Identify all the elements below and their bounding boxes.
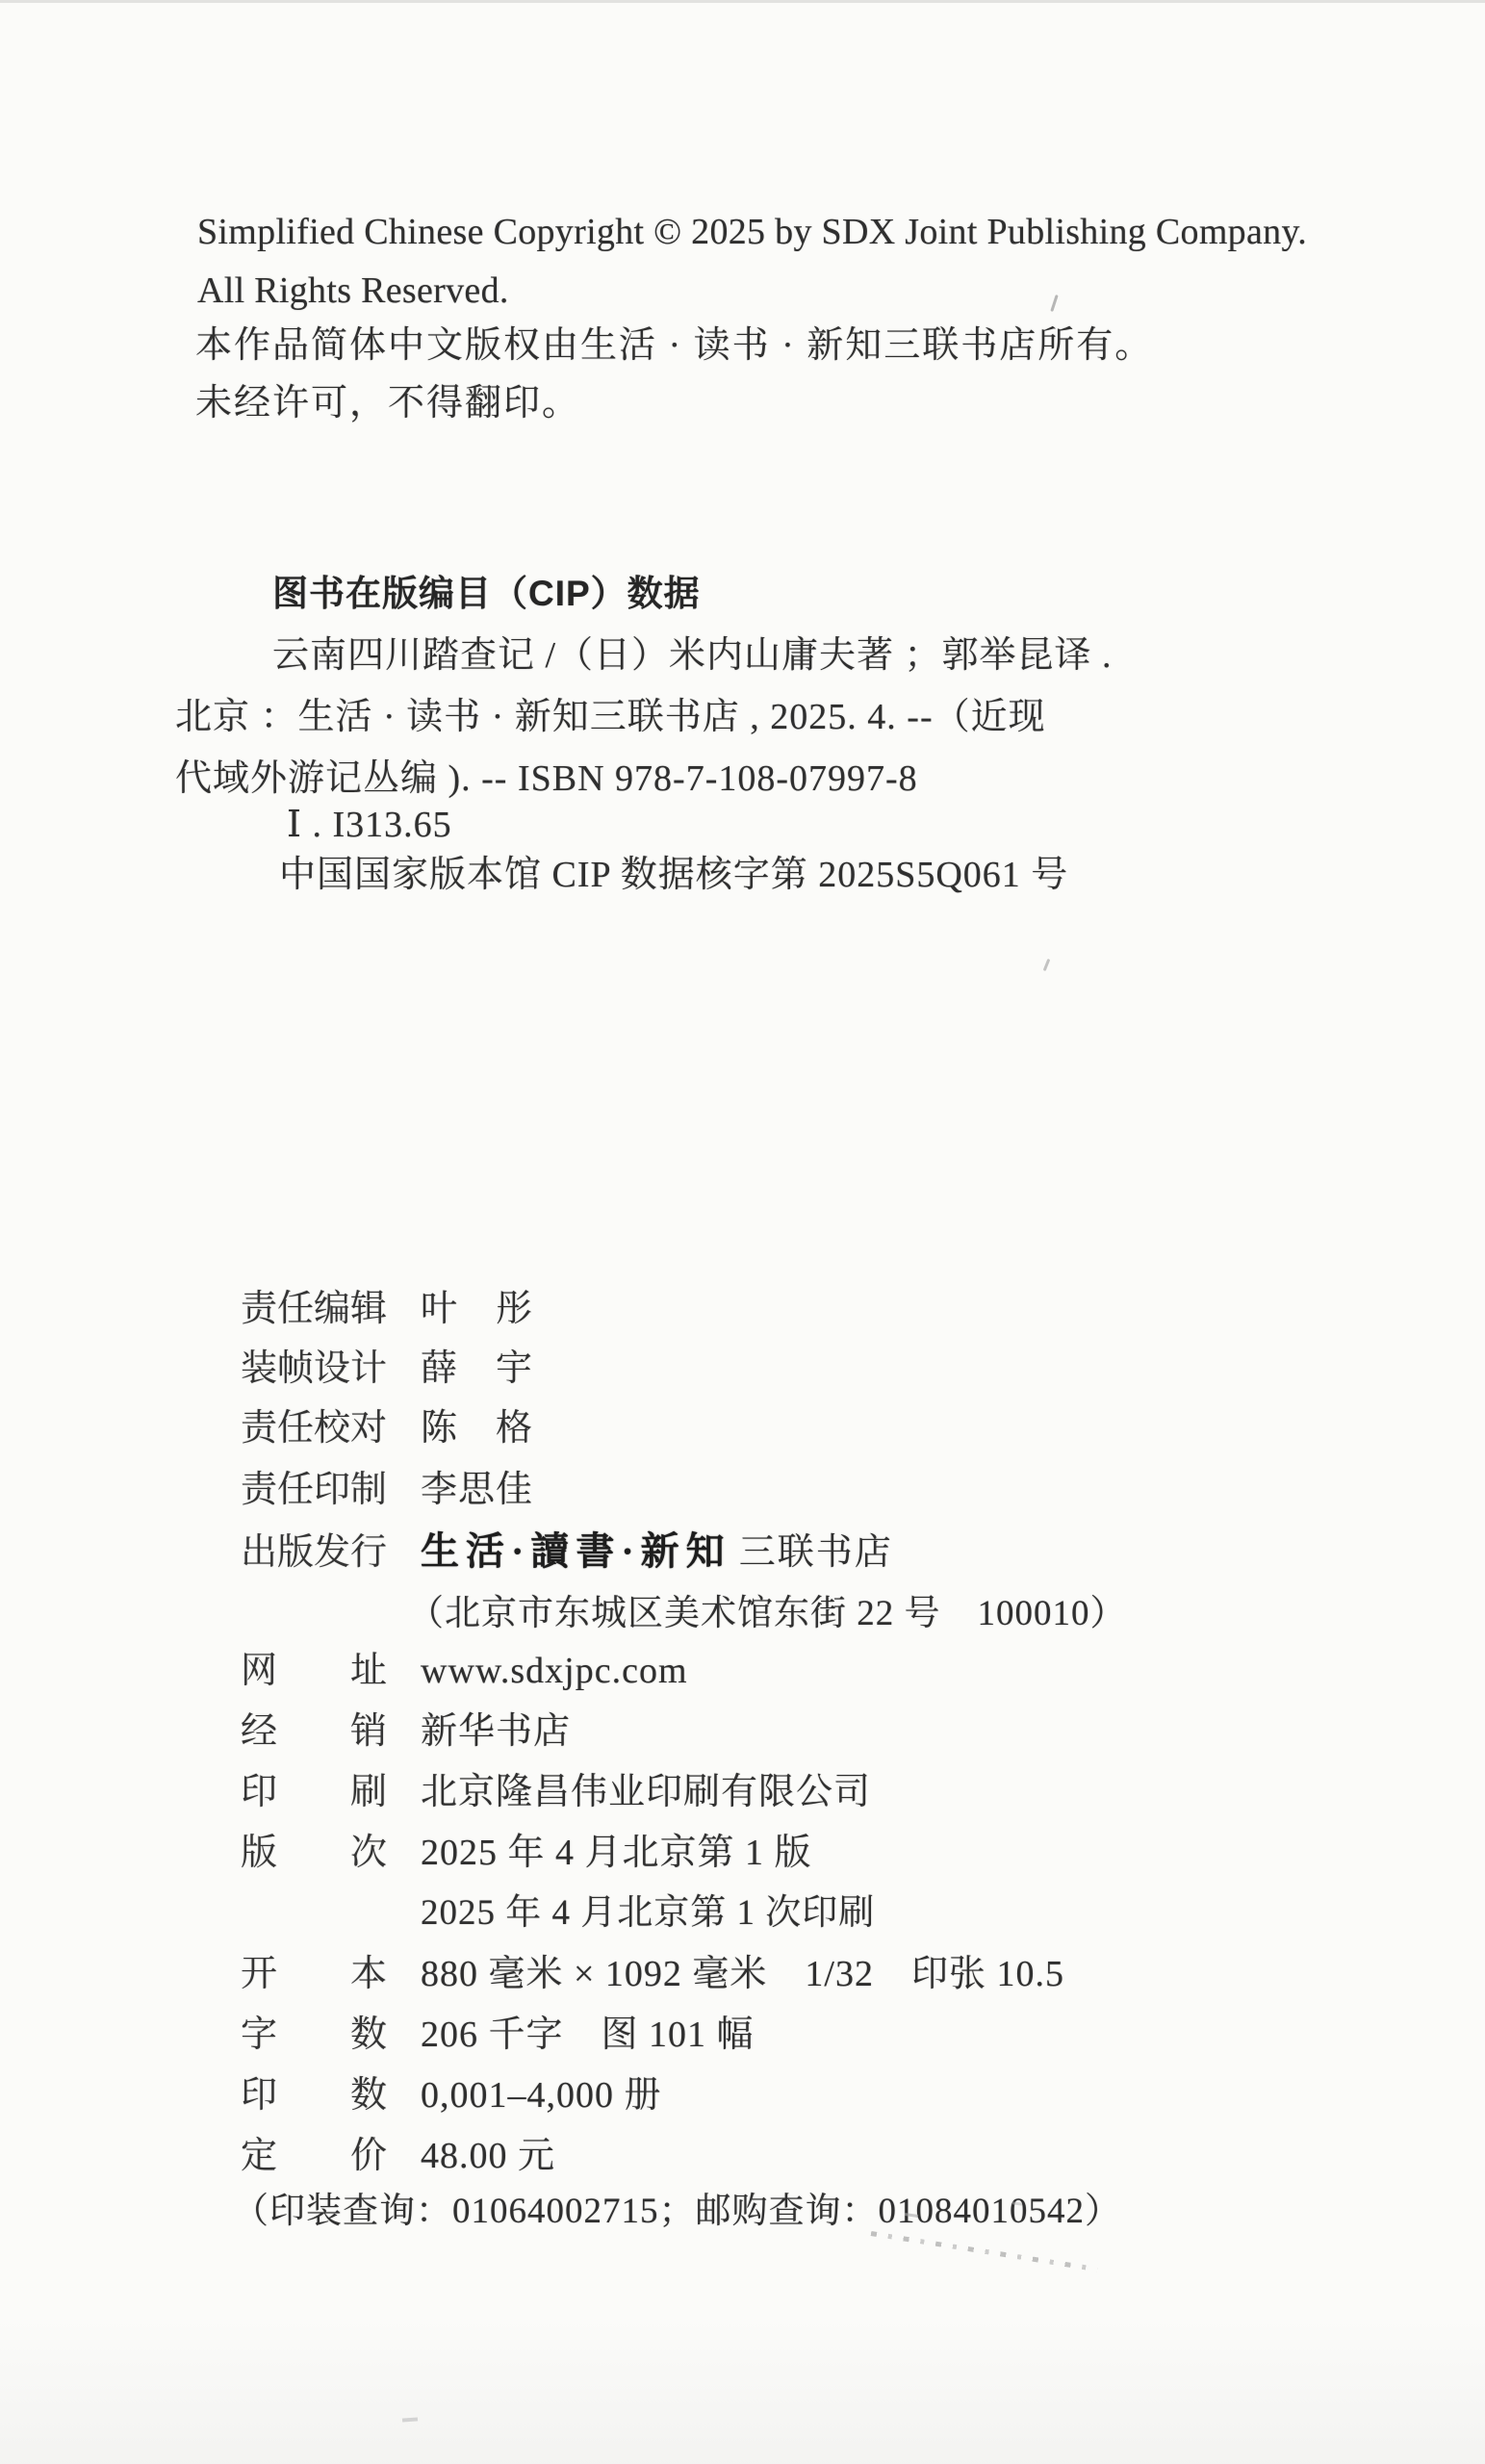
pub-value: 0,001–4,000 册 bbox=[421, 2065, 662, 2117]
staff-name: 陈 格 bbox=[421, 1398, 533, 1450]
pub-row-price: 定 价 48.00 元 bbox=[241, 2125, 555, 2178]
pub-label: 印 数 bbox=[241, 2065, 387, 2117]
cip-heading: 图书在版编目（CIP）数据 bbox=[272, 576, 701, 613]
cip-line-record-number: 中国国家版本馆 CIP 数据核字第 2025S5Q061 号 bbox=[279, 857, 1068, 895]
pub-row-website: 网 址 www.sdxjpc.com bbox=[241, 1640, 688, 1693]
scan-speck bbox=[1043, 959, 1051, 971]
staff-name: 李思佳 bbox=[421, 1459, 533, 1512]
edition-line1: 2025 年 4 月北京第 1 版 bbox=[421, 1822, 812, 1875]
copyright-chinese-line2: 未经许可，不得翻印。 bbox=[195, 385, 580, 423]
pub-row-distributor: 经 销 新华书店 bbox=[241, 1701, 571, 1754]
pub-row-publisher: 出版发行 生活·讀書·新知三联书店 bbox=[241, 1521, 893, 1576]
scan-speck bbox=[1050, 295, 1058, 312]
staff-name: 叶 彤 bbox=[421, 1278, 533, 1331]
pub-row-printer: 印 刷 北京隆昌伟业印刷有限公司 bbox=[241, 1761, 871, 1814]
website-url: www.sdxjpc.com bbox=[421, 1650, 688, 1692]
pub-label: 出版发行 bbox=[241, 1522, 387, 1575]
publisher-address: （北京市东城区美术馆东街 22 号 100010） bbox=[408, 1583, 1127, 1635]
cip-line-publisher: 北京 ：生活 · 读书 · 新知三联书店 , 2025. 4. --（近现 bbox=[175, 699, 1046, 737]
pub-label: 经 销 bbox=[241, 1701, 387, 1754]
staff-row-editor: 责任编辑 叶 彤 bbox=[241, 1278, 533, 1331]
pub-row-format: 开 本 880 毫米 × 1092 毫米 1/32 印张 10.5 bbox=[241, 1943, 1064, 1996]
copyright-english-line2: All Rights Reserved. bbox=[197, 272, 509, 311]
staff-row-proofreader: 责任校对 陈 格 bbox=[241, 1398, 533, 1450]
copyright-english-line1: Simplified Chinese Copyright © 2025 by S… bbox=[197, 214, 1307, 252]
pub-row-print-run: 印 数 0,001–4,000 册 bbox=[241, 2065, 662, 2117]
copyright-chinese-line1: 本作品简体中文版权由生活 · 读书 · 新知三联书店所有。 bbox=[195, 327, 1153, 366]
pub-value: 880 毫米 × 1092 毫米 1/32 印张 10.5 bbox=[421, 1943, 1064, 1996]
scan-shadow bbox=[0, 2320, 1485, 2464]
pub-label: 版 次 bbox=[241, 1822, 387, 1875]
publisher-name-suffix: 三联书店 bbox=[739, 1532, 893, 1573]
scan-speck bbox=[402, 2417, 418, 2422]
pub-label: 字 数 bbox=[241, 2004, 387, 2057]
cip-line-isbn: 代域外游记丛编 ). -- ISBN 978-7-108-07997-8 bbox=[175, 760, 918, 799]
staff-role: 责任校对 bbox=[241, 1398, 387, 1450]
cip-line-title: 云南四川踏查记 /（日）米内山庸夫著 ；郭举昆译 . bbox=[272, 637, 1113, 676]
cip-line-class-number: Ⅰ . I313.65 bbox=[287, 807, 452, 845]
pub-value: 206 千字 图 101 幅 bbox=[421, 2004, 755, 2057]
pub-value: 北京隆昌伟业印刷有限公司 bbox=[421, 1761, 871, 1814]
scan-edge-strip bbox=[0, 0, 1485, 3]
staff-role: 装帧设计 bbox=[241, 1338, 387, 1391]
pub-value: 新华书店 bbox=[421, 1701, 571, 1754]
staff-name: 薛 宇 bbox=[421, 1338, 533, 1391]
pub-value: 48.00 元 bbox=[421, 2125, 555, 2178]
pub-value: 生活·讀書·新知三联书店 bbox=[421, 1521, 893, 1576]
pub-row-word-count: 字 数 206 千字 图 101 幅 bbox=[241, 2004, 755, 2057]
staff-row-designer: 装帧设计 薛 宇 bbox=[241, 1338, 533, 1391]
staff-role: 责任编辑 bbox=[241, 1278, 387, 1331]
inquiry-phone-footer: （印装查询：01064002715；邮购查询：01084010542） bbox=[233, 2181, 1121, 2233]
pub-label: 印 刷 bbox=[241, 1761, 387, 1814]
staff-row-print-supervisor: 责任印制 李思佳 bbox=[241, 1459, 533, 1512]
book-copyright-page: Simplified Chinese Copyright © 2025 by S… bbox=[0, 0, 1485, 2464]
scan-smudge bbox=[871, 2231, 1098, 2271]
staff-role: 责任印制 bbox=[241, 1459, 387, 1512]
edition-line2: 2025 年 4 月北京第 1 次印刷 bbox=[421, 1883, 875, 1935]
pub-row-edition: 版 次 2025 年 4 月北京第 1 版 bbox=[241, 1822, 812, 1875]
pub-label: 定 价 bbox=[241, 2125, 387, 2178]
pub-label: 开 本 bbox=[241, 1943, 387, 1996]
sdx-logo-text: 生活·讀書·新知 bbox=[421, 1529, 731, 1573]
pub-label: 网 址 bbox=[241, 1640, 387, 1693]
